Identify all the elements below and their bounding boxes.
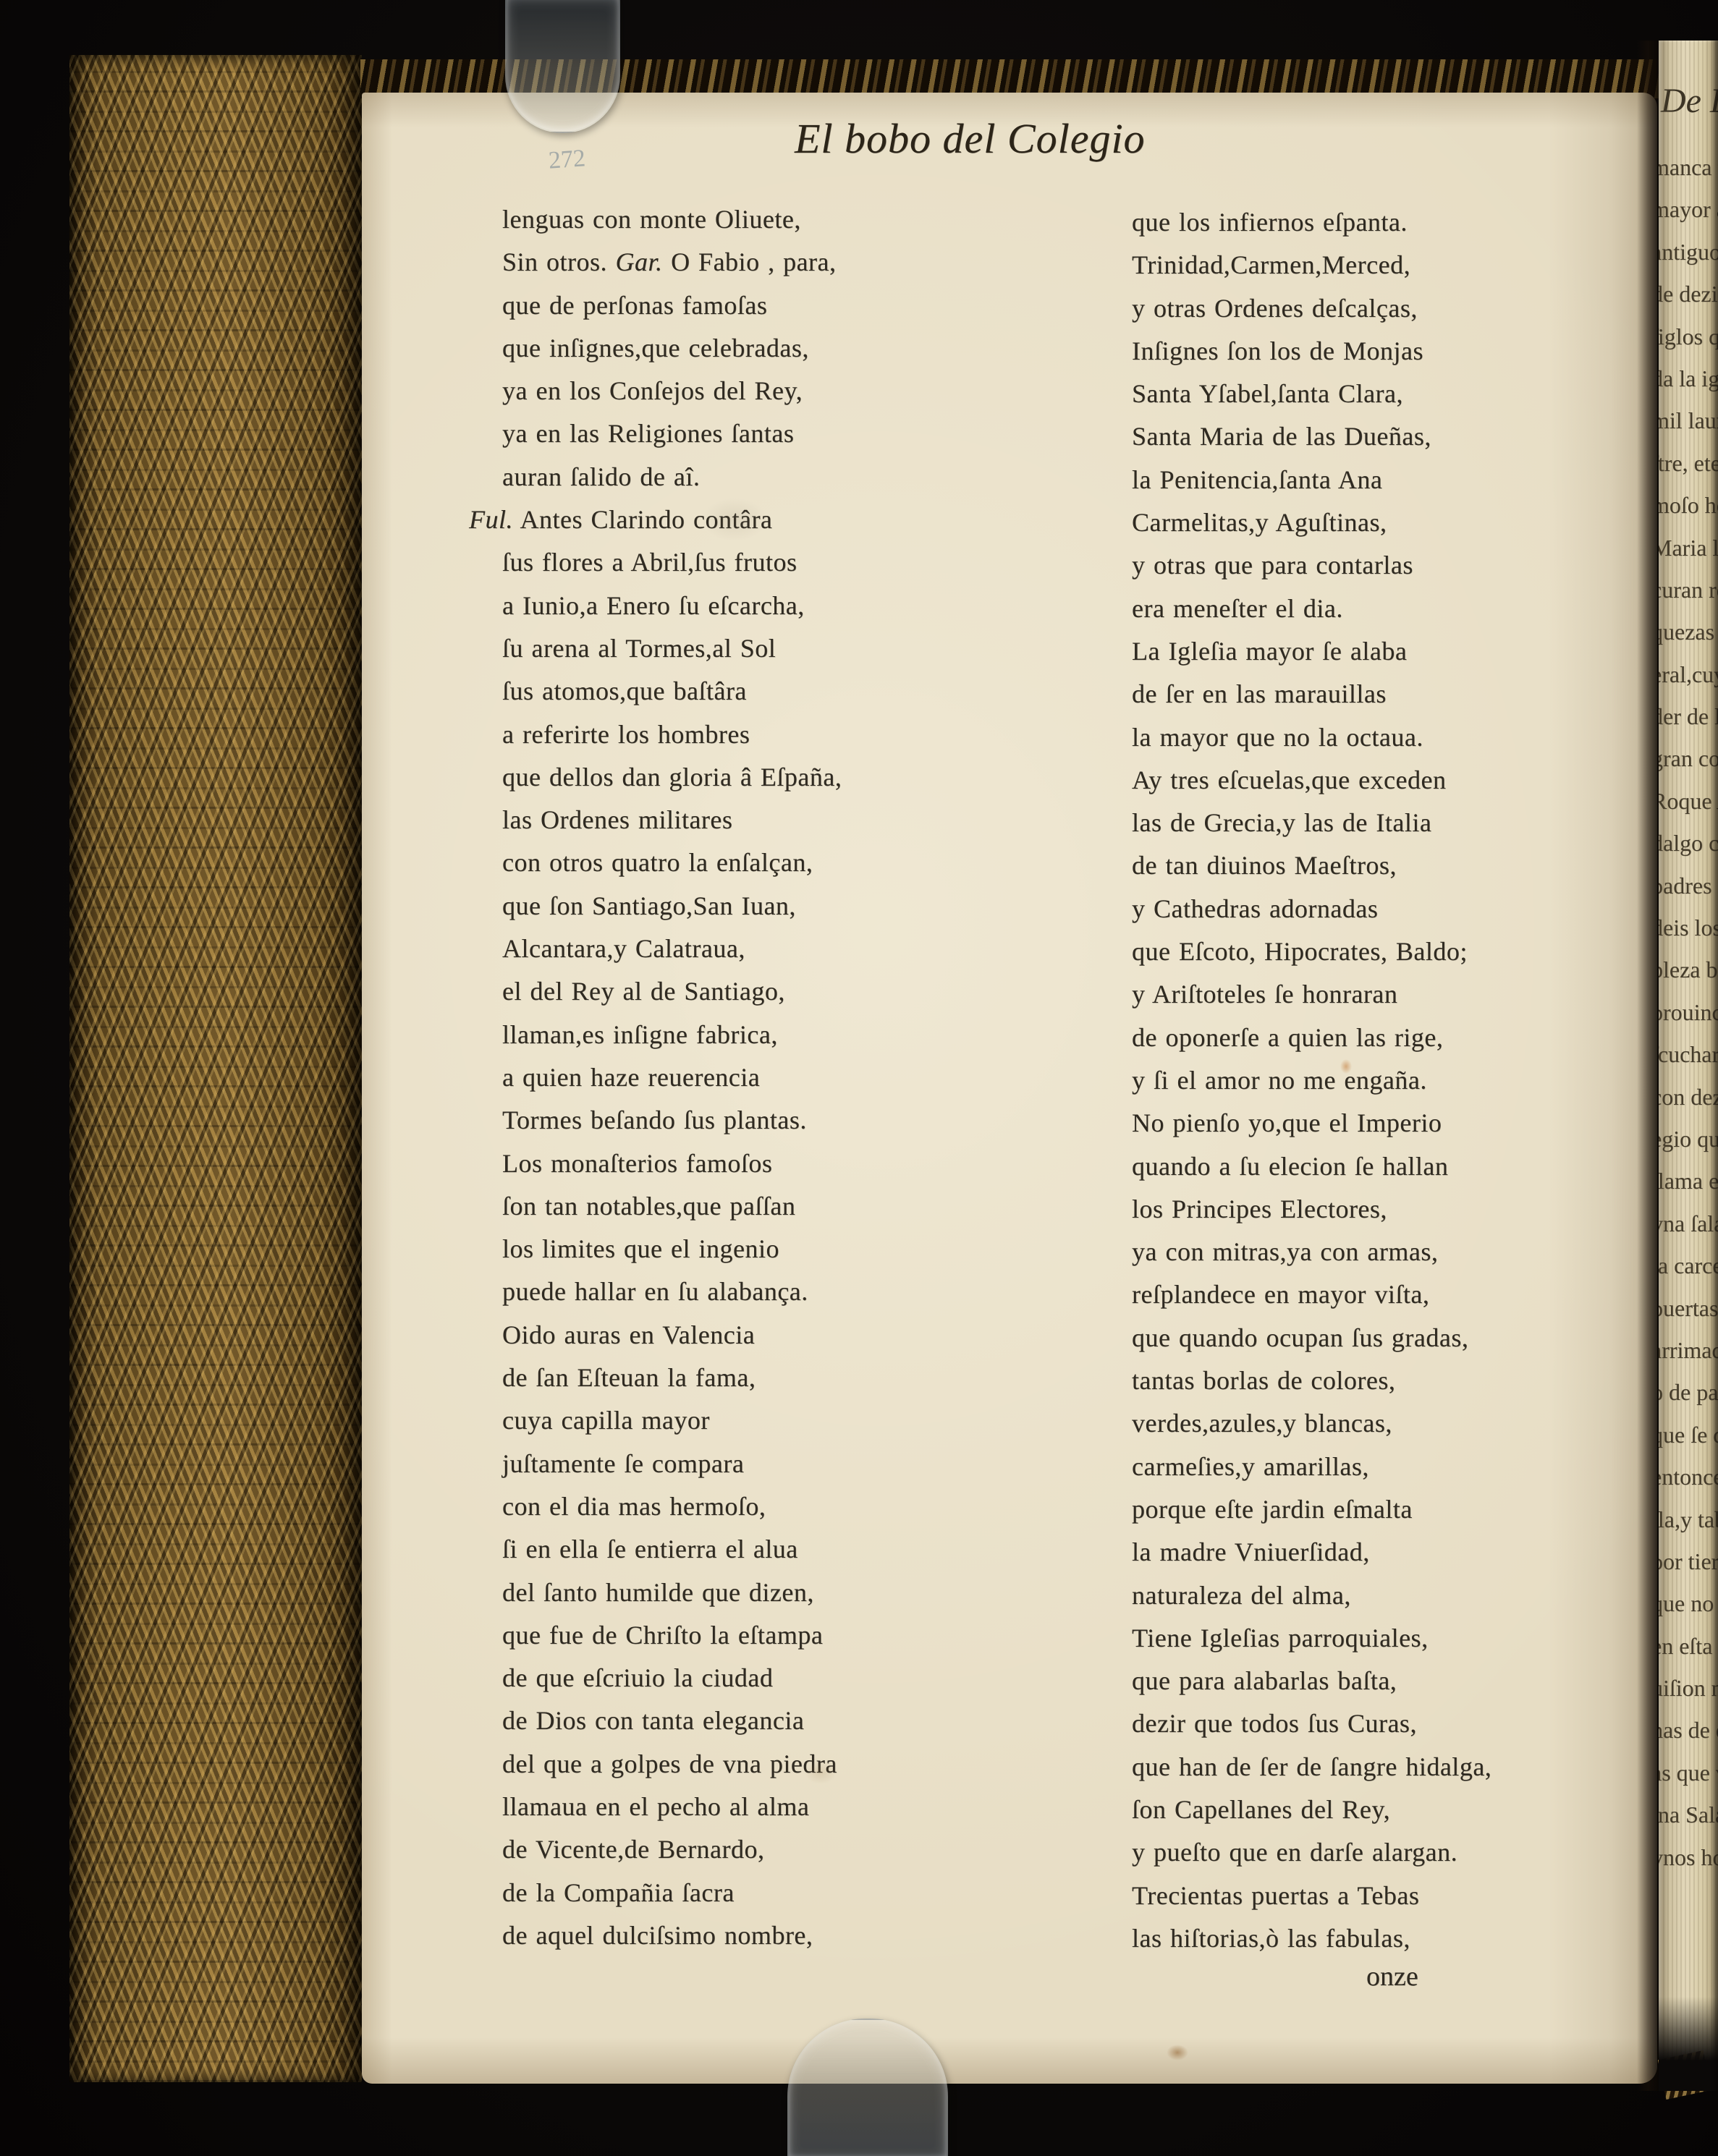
edge-text-fragment: padres de la [1659, 865, 1718, 907]
edge-text-fragment: has de eſ [1659, 1709, 1718, 1751]
verse-line: lenguas con monte Oliuete, [469, 198, 961, 241]
verse-line: Tormes beſando ſus plantas. [469, 1099, 961, 1142]
edge-text-fragment: der de lo que [1659, 695, 1718, 737]
edge-text-fragment: ſtre, eterna, [1659, 442, 1718, 484]
edge-text-fragment: antiguo enobl [1659, 231, 1718, 273]
verse-line: que para alabarlas baſta, [1099, 1660, 1591, 1702]
edge-text-fragment: en eſta cif [1659, 1625, 1718, 1667]
verse-line: ſon tan notables,que paſſan [469, 1185, 961, 1228]
edge-text-fragment: uiſion no [1659, 1667, 1718, 1709]
edge-text-fragment: ſiglos que [1659, 315, 1718, 357]
verse-line: ſu arena al Tormes,al Sol [469, 627, 961, 670]
page-gutter-shadow [1637, 41, 1662, 2091]
edge-text-fragment: moſo hoſpita [1659, 484, 1718, 526]
edge-text-fragment: Maria la Blan [1659, 527, 1718, 569]
verse-line: Carmelitas,y Aguſtinas, [1099, 501, 1591, 544]
handwritten-page-number: 272 [548, 145, 587, 174]
verse-line: que quando ocupan ſus gradas, [1099, 1317, 1591, 1359]
verse-line: ſus atomos,que baſtâra [469, 670, 961, 713]
verse-line: la madre Vniuerſidad, [1099, 1531, 1591, 1574]
edge-text-fragment: llama el de lo [1659, 1160, 1718, 1202]
left-text-column: lenguas con monte Oliuete,Sin otros. Gar… [469, 198, 961, 1957]
verse-line: ya en las Religiones ſantas [469, 412, 961, 455]
verse-line: de ſan Eſteuan la fama, [469, 1357, 961, 1399]
verse-line: y otras que para contarlas [1099, 544, 1591, 587]
edge-text-fragment: bleza baſtau [1659, 948, 1718, 990]
verse-line: tantas borlas de colores, [1099, 1359, 1591, 1402]
gilded-fore-edge [69, 55, 362, 2082]
verse-line: los limites que el ingenio [469, 1228, 961, 1270]
verse-line: Ay tres eſcuelas,que exceden [1099, 759, 1591, 802]
verse-line: carmeſies,y amarillas, [1099, 1446, 1591, 1488]
verse-line: y pueſto que en darſe alargan. [1099, 1831, 1591, 1874]
verse-line: Trecientas puertas a Tebas [1099, 1875, 1591, 1917]
edge-text-fragment: por tierras [1659, 1540, 1718, 1582]
adjacent-page-edges: De Lo manca tiene,mayor arrogaantiguo en… [1659, 41, 1718, 2091]
running-title: El bobo del Colegio [795, 114, 1146, 163]
verse-line: que dellos dan gloria â Eſpaña, [469, 756, 961, 799]
verse-line: que han de ſer de ſangre hidalga, [1099, 1746, 1591, 1788]
verse-line: de la Compañia ſacra [469, 1872, 961, 1914]
verse-line: porque eſte jardin eſmalta [1099, 1488, 1591, 1531]
paper-stain [1340, 1059, 1352, 1074]
verse-line: del ſanto humilde que dizen, [469, 1571, 961, 1614]
verse-line: a quien haze reuerencia [469, 1056, 961, 1099]
verse-line: juſtamente ſe compara [469, 1443, 961, 1485]
paper-stain [805, 1761, 837, 1784]
verse-line: que Eſcoto, Hipocrates, Baldo; [1099, 930, 1591, 973]
verse-line: Inſignes ſon los de Monjas [1099, 330, 1591, 373]
verse-line: Santa Yſabel,ſanta Clara, [1099, 373, 1591, 415]
verse-line: No pienſo yo,que el Imperio [1099, 1102, 1591, 1145]
verse-line: los Principes Electores, [1099, 1188, 1591, 1231]
edge-text-fragment: que no m [1659, 1582, 1718, 1624]
verse-line: a Iunio,a Enero ſu eſcarcha, [469, 585, 961, 627]
edge-text-fragment: gran cofadri [1659, 737, 1718, 779]
paper-stain [702, 498, 767, 541]
adjacent-text-fragments: manca tiene,mayor arrogaantiguo enoblde … [1659, 146, 1718, 1878]
edge-text-fragment: que ſe diſtrib [1659, 1414, 1718, 1456]
verse-line: de tan diuinos Maeſtros, [1099, 844, 1591, 887]
edge-text-fragment: mil laureles, [1659, 399, 1718, 441]
verse-line: ya en los Conſejos del Rey, [469, 370, 961, 412]
verse-line: el del Rey al de Santiago, [469, 970, 961, 1013]
verse-line: auran ſalido de aî. [469, 456, 961, 498]
verse-line: de oponerſe a quien las rige, [1099, 1017, 1591, 1059]
verse-line: Trinidad,Carmen,Merced, [1099, 244, 1591, 287]
edge-text-fragment: con dezir, [1659, 1076, 1718, 1118]
edge-text-fragment: la carcel,m [1659, 1244, 1718, 1286]
right-text-column: que los infiernos eſpanta.Trinidad,Carme… [1099, 201, 1591, 1960]
verse-line: naturaleza del alma, [1099, 1574, 1591, 1617]
verse-line: las hiſtorias,ò las fabulas, [1099, 1917, 1591, 1960]
verse-line: reſplandece en mayor viſta, [1099, 1273, 1591, 1316]
edge-text-fragment: quezas huma [1659, 611, 1718, 653]
verse-line: ya con mitras,ya con armas, [1099, 1231, 1591, 1273]
verse-line: Tiene Igleſias parroquiales, [1099, 1617, 1591, 1660]
verse-line: cuya capilla mayor [469, 1399, 961, 1442]
edge-text-fragment: puertas a la [1659, 1287, 1718, 1329]
verse-line: Alcantara,y Calatraua, [469, 928, 961, 970]
verse-line: dezir que todos ſus Curas, [1099, 1702, 1591, 1745]
edge-text-fragment: ſcuchar,te c [1659, 1033, 1718, 1075]
edge-text-fragment: deis los Re [1659, 907, 1718, 948]
edge-text-fragment: arrimados lo [1659, 1329, 1718, 1371]
edge-text-fragment: eral,cuyo no [1659, 653, 1718, 695]
verse-line: y Ariſtoteles ſe honraran [1099, 973, 1591, 1016]
verse-line: verdes,azules,y blancas, [1099, 1402, 1591, 1445]
verse-line: llamaua en el pecho al alma [469, 1786, 961, 1828]
verse-line: quando a ſu elecion ſe hallan [1099, 1145, 1591, 1188]
edge-text-fragment: dalgo conoci [1659, 822, 1718, 864]
verse-line: que fue de Chriſto la eſtampa [469, 1614, 961, 1657]
verse-line: puede hallar en ſu alabança. [469, 1270, 961, 1313]
verse-line: de Dios con tanta elegancia [469, 1699, 961, 1742]
verse-line: de Vicente,de Bernardo, [469, 1828, 961, 1871]
edge-text-fragment: as que ver [1659, 1752, 1718, 1794]
edge-text-fragment: vna ſala bax [1659, 1202, 1718, 1244]
verse-line: del que a golpes de vna piedra [469, 1743, 961, 1786]
edge-text-fragment: o de partes [1659, 1371, 1718, 1413]
catchword: onze [1366, 1961, 1418, 1992]
verse-line: con otros quatro la enſalçan, [469, 841, 961, 884]
edge-text-fragment: egio que me [1659, 1118, 1718, 1160]
verse-line: Oido auras en Valencia [469, 1314, 961, 1357]
edge-text-fragment: prouincias [1659, 991, 1718, 1033]
edge-text-fragment: lla,y tabla [1659, 1498, 1718, 1540]
paper-stain [1167, 2045, 1188, 2060]
edge-text-fragment: manca tiene, [1659, 146, 1718, 188]
verse-line: ſus flores a Abril,ſus frutos [469, 541, 961, 584]
adjacent-running-title-fragment: De Lo [1661, 81, 1718, 121]
verse-line: que de perſonas famoſas [469, 284, 961, 327]
verse-line: que inſignes,que celebradas, [469, 327, 961, 370]
edge-text-fragment: ina Salama [1659, 1794, 1718, 1835]
verse-line: con el dia mas hermoſo, [469, 1485, 961, 1528]
verse-line: y Cathedras adornadas [1099, 888, 1591, 930]
verse-line: Los monaſterios famoſos [469, 1142, 961, 1185]
verse-line: la mayor que no la octaua. [1099, 716, 1591, 759]
verse-line: era meneſter el dia. [1099, 587, 1591, 630]
verse-line: a referirte los hombres [469, 713, 961, 756]
edge-text-fragment: Roque Amad [1659, 780, 1718, 822]
verse-line: llaman,es inſigne fabrica, [469, 1014, 961, 1056]
edge-text-fragment: mayor arroga [1659, 188, 1718, 230]
edge-text-fragment: entonces,de [1659, 1456, 1718, 1498]
verse-line: Sin otros. Gar. O Fabio , para, [469, 241, 961, 284]
verse-line: la Penitencia,ſanta Ana [1099, 459, 1591, 501]
verse-line: de ſer en las marauillas [1099, 673, 1591, 716]
edge-text-fragment: da la ignoran [1659, 357, 1718, 399]
book-photograph: El bobo del Colegio 272 lenguas con mont… [0, 0, 1718, 2156]
verse-line: que ſon Santiago,San Iuan, [469, 885, 961, 928]
verse-line: La Igleſia mayor ſe alaba [1099, 630, 1591, 673]
verse-line: de que eſcriuio la ciudad [469, 1657, 961, 1699]
verse-line: las de Grecia,y las de Italia [1099, 802, 1591, 844]
verse-line: y otras Ordenes deſcalças, [1099, 287, 1591, 330]
page-holder-clamp-top [505, 0, 620, 133]
verse-line: ſon Capellanes del Rey, [1099, 1788, 1591, 1831]
edge-text-fragment: de dezir Eſpa [1659, 273, 1718, 315]
verse-line: las Ordenes militares [469, 799, 961, 841]
verse-line: ſi en ella ſe entierra el alua [469, 1528, 961, 1571]
book-page: El bobo del Colegio 272 lenguas con mont… [362, 93, 1657, 2084]
edge-text-fragment: vnos homb [1659, 1836, 1718, 1878]
edge-text-fragment: curan reliqu [1659, 569, 1718, 611]
verse-line: que los infiernos eſpanta. [1099, 201, 1591, 244]
verse-line: Santa Maria de las Dueñas, [1099, 415, 1591, 458]
verse-line: de aquel dulciſsimo nombre, [469, 1914, 961, 1957]
